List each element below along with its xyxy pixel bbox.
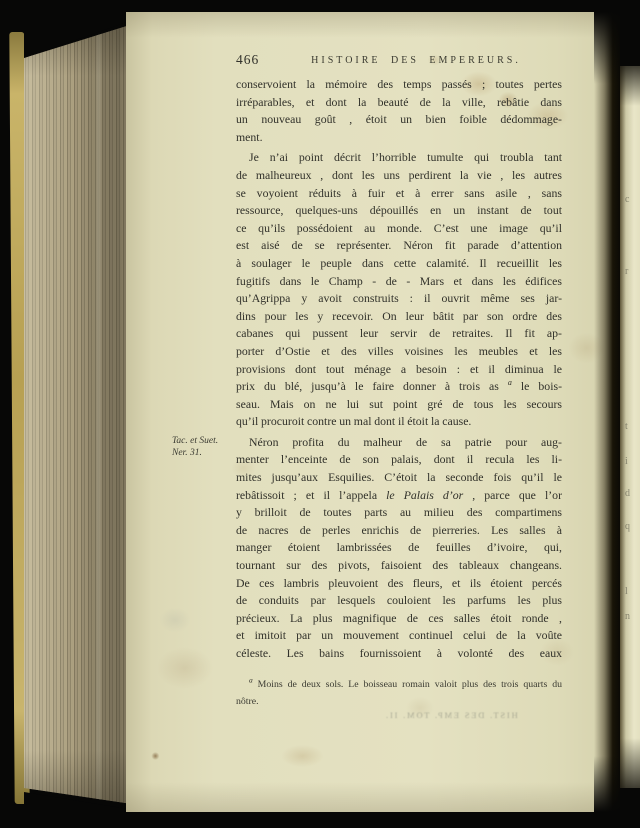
bleed-through-text: HIST. DES EMP. TOM. II. bbox=[378, 710, 524, 720]
paragraph: Je n’ai point décrit l’horrible tumulte … bbox=[236, 149, 562, 431]
text-line: nôtre. bbox=[236, 693, 562, 710]
text-line: ce qu’ils possédoient au monde. C’est un… bbox=[236, 220, 562, 238]
text-line: dins pour les y recevoir. On leur bâtit … bbox=[236, 308, 562, 326]
book-scan: { "page_header": { "page_number": "466",… bbox=[0, 0, 640, 828]
running-title: HISTOIRE DES EMPEREURS. bbox=[304, 55, 528, 66]
facing-letter-fragment: r bbox=[625, 266, 628, 277]
text-line: de malheureux , dont les uns perdirent l… bbox=[236, 167, 562, 185]
facing-letter-fragment: l bbox=[625, 586, 628, 597]
text-line: tournant sur des pivots, faisoient des t… bbox=[236, 557, 562, 575]
body-text: conservoient la mémoire des temps passés… bbox=[236, 76, 562, 663]
text-line: Je n’ai point décrit l’horrible tumulte … bbox=[236, 149, 562, 167]
text-line: qu’il procuroit contre un mal dont il ét… bbox=[236, 413, 562, 431]
text-line: a Moins de deux sols. Le boisseau romain… bbox=[236, 676, 562, 693]
text-line: porter d’Ostie et des villes voisines le… bbox=[236, 343, 562, 361]
text-line: à soulager le peuple dans cette calamité… bbox=[236, 255, 562, 273]
text-line: y brilloit de toutes parts au milieu des… bbox=[236, 504, 562, 522]
margin-citation: Tac. et Suet. Ner. 31. bbox=[172, 436, 234, 459]
margin-citation-line: Ner. 31. bbox=[172, 448, 234, 460]
text-line: ment. bbox=[236, 129, 562, 147]
page-number: 466 bbox=[236, 52, 259, 68]
text-line: de conduits par lesquels couloient les p… bbox=[236, 592, 562, 610]
text-line: seau. Mais on ne lui sut point gré de to… bbox=[236, 396, 562, 414]
facing-letter-fragment: n bbox=[625, 611, 630, 622]
text-line: céleste. Les bains fournissoient à volon… bbox=[236, 645, 562, 663]
text-line: précieux. La plus magnifique de ces sall… bbox=[236, 610, 562, 628]
paragraph: Néron profita du malheur de sa patrie po… bbox=[236, 434, 562, 663]
text-line: se voyoient réduits à fuir et à errer sa… bbox=[236, 185, 562, 203]
margin-citation-line: Tac. et Suet. bbox=[172, 436, 234, 448]
text-line: mites jusqu’aux Esquilies. C’étoit la se… bbox=[236, 469, 562, 487]
facing-letter-fragment: q bbox=[625, 521, 630, 532]
text-line: manger étoient lambrissées de feuilles d… bbox=[236, 539, 562, 557]
text-line: provisions dont tout ménage a besoin : e… bbox=[236, 361, 562, 379]
text-line: de nacres de perles enrichis de pierreri… bbox=[236, 522, 562, 540]
paragraph: conservoient la mémoire des temps passés… bbox=[236, 76, 562, 146]
text-line: irréparables, et dont la beauté de la vi… bbox=[236, 94, 562, 112]
text-line: et imitoit par un mouvement continuel ce… bbox=[236, 627, 562, 645]
facing-letter-fragment: t bbox=[625, 421, 628, 432]
gutter-shadow bbox=[594, 12, 620, 812]
text-line: conservoient la mémoire des temps passés… bbox=[236, 76, 562, 94]
facing-letter-fragment: d bbox=[625, 488, 630, 499]
text-line: De ces lambris pleuvoient des fleurs, et… bbox=[236, 575, 562, 593]
facing-letter-fragment: c bbox=[625, 194, 629, 205]
text-line: prix du blé, jusqu’à le faire donner à t… bbox=[236, 378, 562, 396]
text-line: qu’Agrippa y avoit construits : il ouvri… bbox=[236, 290, 562, 308]
text-line: rebâtissoit ; et il l’appela le Palais d… bbox=[236, 487, 562, 505]
text-line: fugitifs dans le Champ - de - Mars et da… bbox=[236, 273, 562, 291]
text-line: cabanes qui pussent leur servir de retra… bbox=[236, 325, 562, 343]
text-line: menter l’enceinte de son palais, dont il… bbox=[236, 451, 562, 469]
facing-page-sliver: crtidqln bbox=[620, 66, 640, 788]
book-page: 466 HISTOIRE DES EMPEREURS. Tac. et Suet… bbox=[126, 12, 616, 812]
text-line: Néron profita du malheur de sa patrie po… bbox=[236, 434, 562, 452]
facing-letter-fragment: i bbox=[625, 456, 628, 467]
text-line: ressource, quelques-uns dépouillés en un… bbox=[236, 202, 562, 220]
text-line: un nouveau goût , étoit un bien foible d… bbox=[236, 111, 562, 129]
text-line: est aisé de se représenter. Néron fit pa… bbox=[236, 237, 562, 255]
footnote: a Moins de deux sols. Le boisseau romain… bbox=[236, 676, 562, 710]
paragraph: a Moins de deux sols. Le boisseau romain… bbox=[236, 676, 562, 710]
